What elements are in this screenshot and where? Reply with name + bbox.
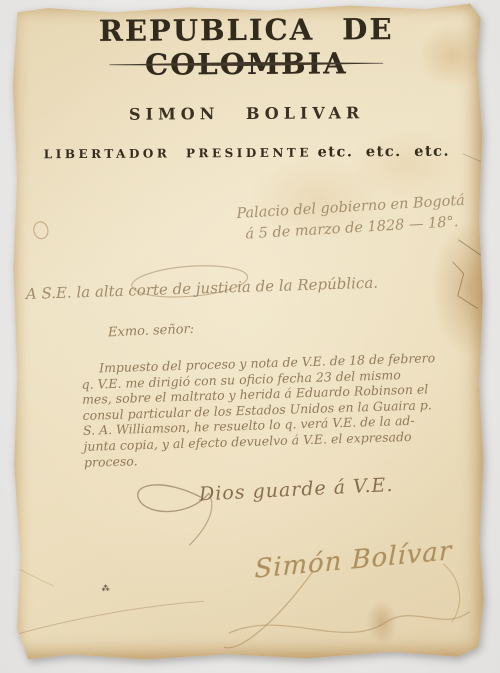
author-title-caps: LIBERTADOR PRESIDENTE <box>44 146 312 162</box>
author-name: SIMON BOLIVAR <box>11 103 483 125</box>
photo-background: REPUBLICA DE COLOMBIA SIMON BOLIVAR LIBE… <box>0 0 500 673</box>
printer-mark: ⁂ <box>102 584 111 593</box>
letter-body: Impuesto del proceso y nota de V.E. de 1… <box>81 349 486 470</box>
author-title-line: LIBERTADOR PRESIDENTE etc. etc. etc. <box>11 141 483 163</box>
author-title-etc: etc. etc. etc. <box>317 143 450 161</box>
document-sheet: REPUBLICA DE COLOMBIA SIMON BOLIVAR LIBE… <box>10 4 486 662</box>
document-sheet-wrap: REPUBLICA DE COLOMBIA SIMON BOLIVAR LIBE… <box>12 5 484 660</box>
republic-title: REPUBLICA DE COLOMBIA <box>10 12 482 83</box>
